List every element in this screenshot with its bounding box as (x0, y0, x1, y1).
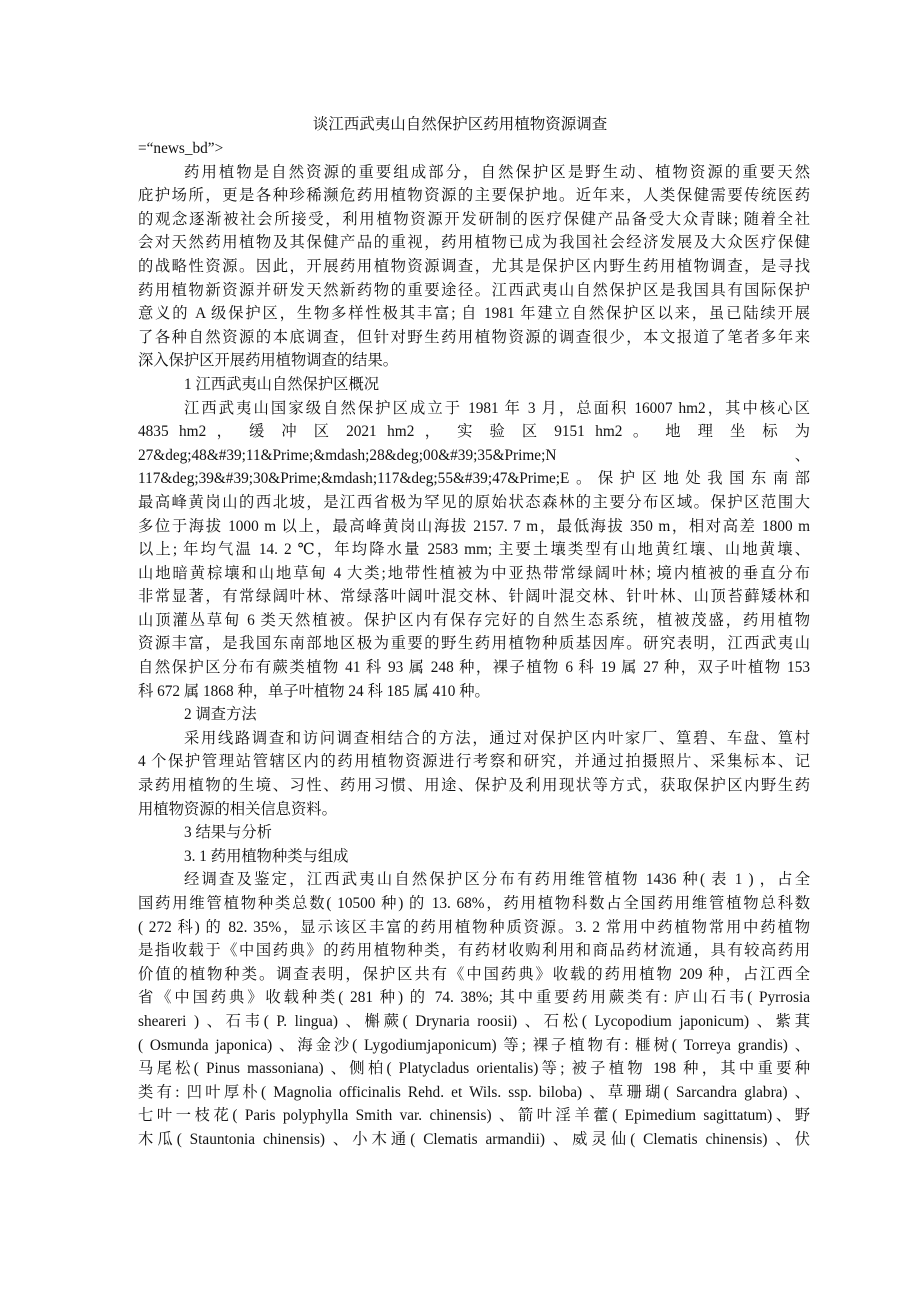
text-line: 2 调查方法 (138, 703, 810, 727)
text-line: ( 272 科) 的 82. 35%，显示该区丰富的药用植物种质资源。3. 2 … (138, 916, 810, 940)
text-line: 江西武夷山国家级自然保护区成立于 1981 年 3 月，总面积 16007 hm… (138, 397, 810, 421)
text-line: 木瓜( Stauntonia chinensis) 、小木通( Clematis… (138, 1128, 810, 1152)
text-line: 117&deg;39&#39;30&Prime;&mdash;117&deg;5… (138, 467, 810, 491)
text-line: 的战略性资源。因此，开展药用植物资源调查，尤其是保护区内野生药用植物调查，是寻找 (138, 255, 810, 279)
text-line: 药用植物是自然资源的重要组成部分，自然保护区是野生动、植物资源的重要天然 (138, 161, 810, 185)
text-line: 经调查及鉴定，江西武夷山自然保护区分布有药用维管植物 1436 种( 表 1 )… (138, 868, 810, 892)
text-line: 以上; 年均气温 14. 2 ℃，年均降水量 2583 mm; 主要土壤类型有山… (138, 538, 810, 562)
text-line: 自然保护区分布有蕨类植物 41 科 93 属 248 种，裸子植物 6 科 19… (138, 656, 810, 680)
document-body: =“news_bd”>药用植物是自然资源的重要组成部分，自然保护区是野生动、植物… (138, 137, 810, 1152)
text-line: 国药用维管植物种类总数( 10500 种) 的 13. 68%，药用植物科数占全… (138, 892, 810, 916)
text-line: 用植物资源的相关信息资料。 (138, 798, 810, 822)
text-line: 意义的 A 级保护区，生物多样性极其丰富; 自 1981 年建立自然保护区以来，… (138, 302, 810, 326)
text-line: 的观念逐渐被社会所接受，利用植物资源开发研制的医疗保健产品备受大众青睐; 随着全… (138, 208, 810, 232)
text-line: 3. 1 药用植物种类与组成 (138, 845, 810, 869)
text-line: 27&deg;48&#39;11&Prime;&mdash;28&deg;00&… (138, 444, 810, 468)
text-line: 4 个保护管理站管辖区内的药用植物资源进行考察和研究，并通过拍摄照片、采集标本、… (138, 750, 810, 774)
text-line: =“news_bd”> (138, 137, 810, 161)
text-line: 4835 hm2 ， 缓 冲 区 2021 hm2 ， 实 验 区 9151 h… (138, 420, 810, 444)
text-line: 录药用植物的生境、习性、药用习惯、用途、保护及利用现状等方式，获取保护区内野生药 (138, 774, 810, 798)
text-line: 七叶一枝花( Paris polyphylla Smith var. chine… (138, 1104, 810, 1128)
text-line: 山顶灌丛草甸 6 类天然植被。保护区内有保存完好的自然生态系统，植被茂盛，药用植… (138, 609, 810, 633)
text-line: 价值的植物种类。调查表明，保护区共有《中国药典》收载的药用植物 209 种，占江… (138, 963, 810, 987)
text-line: 1 江西武夷山自然保护区概况 (138, 373, 810, 397)
document-title: 谈江西武夷山自然保护区药用植物资源调查 (0, 114, 920, 136)
text-line: 马尾松( Pinus massoniana) 、侧柏( Platycladus … (138, 1057, 810, 1081)
text-line: 了各种自然资源的本底调查，但针对野生药用植物资源的调查很少，本文报道了笔者多年来 (138, 326, 810, 350)
text-line: 药用植物新资源并研发天然新药物的重要途径。江西武夷山自然保护区是我国具有国际保护 (138, 279, 810, 303)
text-line: 最高峰黄岗山的西北坡，是江西省极为罕见的原始状态森林的主要分布区域。保护区范围大 (138, 491, 810, 515)
text-line: 类有: 凹叶厚朴( Magnolia officinalis Rehd. et … (138, 1081, 810, 1105)
text-line: 庇护场所，更是各种珍稀濒危药用植物资源的主要保护地。近年来，人类保健需要传统医药 (138, 184, 810, 208)
text-line: 采用线路调查和访问调查相结合的方法，通过对保护区内叶家厂、篁碧、车盘、篁村 (138, 727, 810, 751)
text-line: 科 672 属 1868 种，单子叶植物 24 科 185 属 410 种。 (138, 680, 810, 704)
text-line: 资源丰富，是我国东南部地区极为重要的野生药用植物种质基因库。研究表明，江西武夷山 (138, 632, 810, 656)
text-line: 省《中国药典》收载种类( 281 种) 的 74. 38%; 其中重要药用蕨类有… (138, 986, 810, 1010)
text-line: 多位于海拔 1000 m 以上，最高峰黄岗山海拔 2157. 7 m，最低海拔 … (138, 515, 810, 539)
text-line: 是指收载于《中国药典》的药用植物种类，有药材收购利用和商品药材流通，具有较高药用 (138, 939, 810, 963)
text-line: sheareri ) 、石韦( P. lingua) 、槲蕨( Drynaria… (138, 1010, 810, 1034)
text-line: 会对天然药用植物及其保健产品的重视，药用植物已成为我国社会经济发展及大众医疗保健 (138, 231, 810, 255)
text-line: 3 结果与分析 (138, 821, 810, 845)
text-line: ( Osmunda japonica) 、海金沙( Lygodiumjaponi… (138, 1034, 810, 1058)
text-line: 山地暗黄棕壤和山地草甸 4 大类;地带性植被为中亚热带常绿阔叶林; 境内植被的垂… (138, 562, 810, 586)
text-line: 非常显著，有常绿阔叶林、常绿落叶阔叶混交林、针阔叶混交林、针叶林、山顶苔藓矮林和 (138, 585, 810, 609)
text-line: 深入保护区开展药用植物调查的结果。 (138, 349, 810, 373)
document-page: 谈江西武夷山自然保护区药用植物资源调查 =“news_bd”>药用植物是自然资源… (0, 0, 920, 1302)
